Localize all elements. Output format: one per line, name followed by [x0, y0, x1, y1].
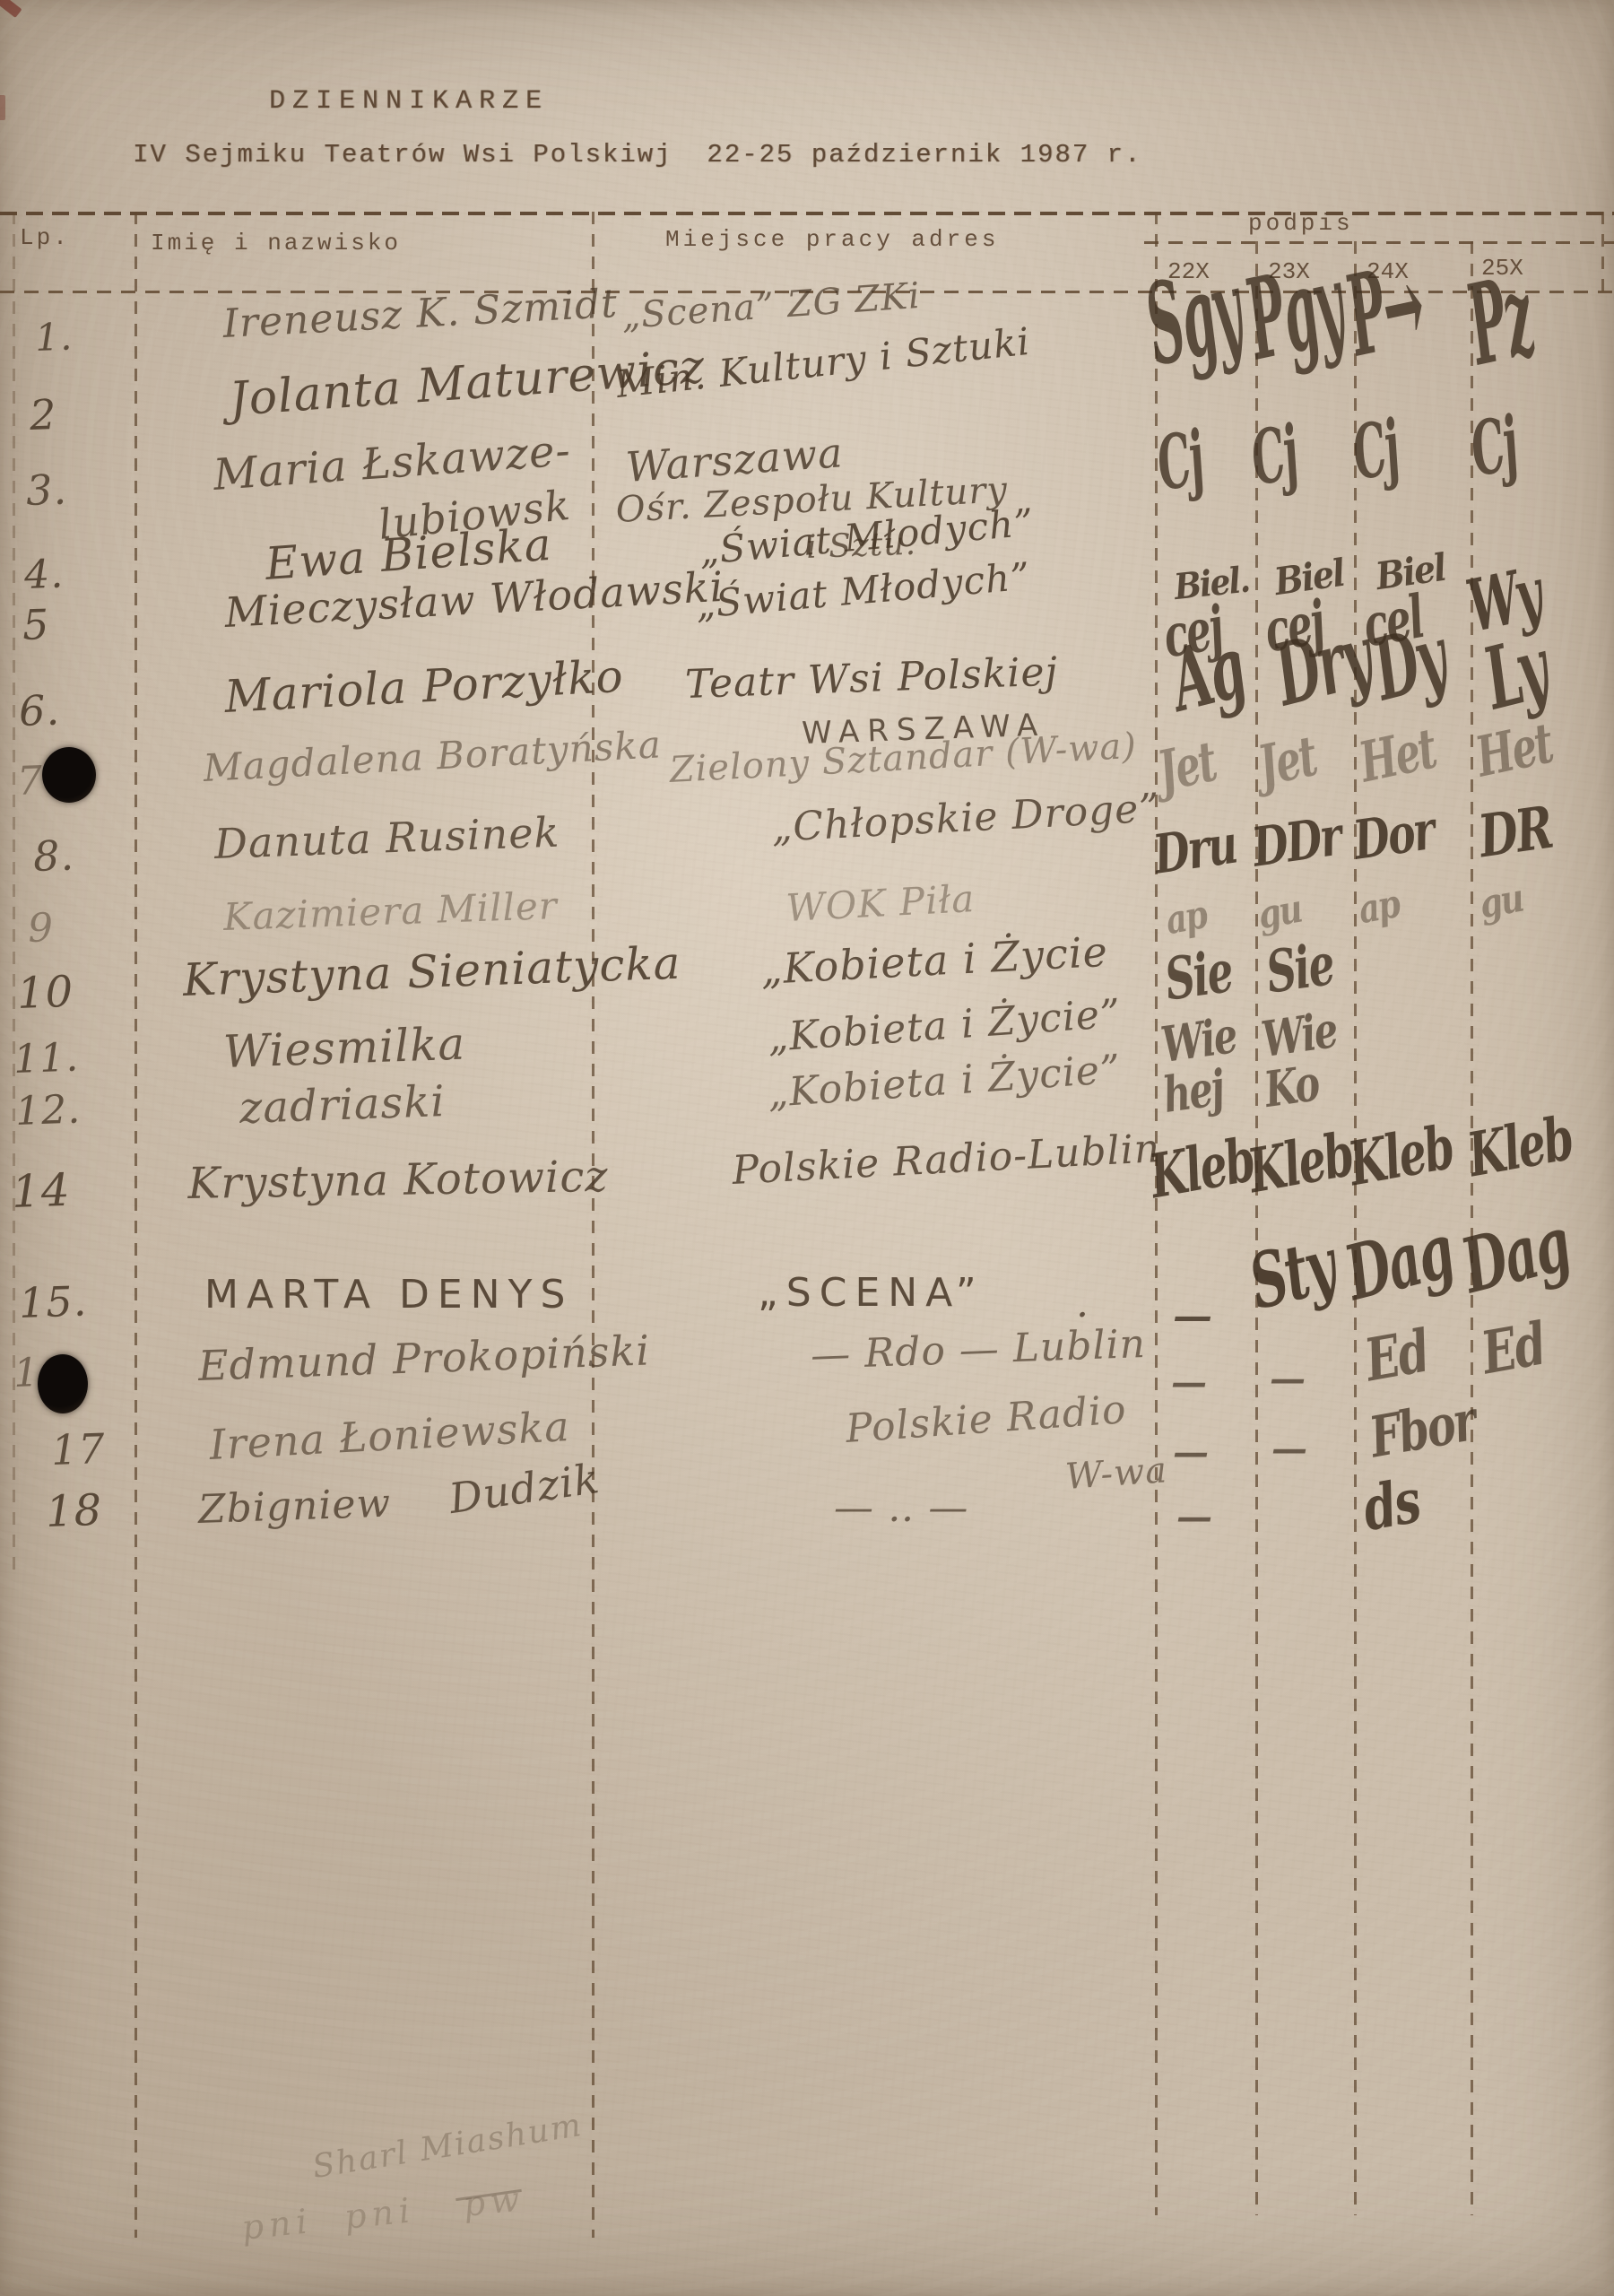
- row-signature: Het: [1354, 717, 1441, 796]
- row-signature: gu: [1254, 886, 1304, 938]
- row-lp-number: 7: [16, 758, 44, 804]
- row-workplace: „SCENA”: [758, 1270, 985, 1316]
- row-workplace: „Scena” ZG ZKi: [620, 275, 922, 337]
- row-signature: ap: [1162, 892, 1210, 944]
- row-lp-number: 15.: [18, 1276, 88, 1327]
- row-name: Zbigniew: [197, 1481, 392, 1533]
- row-name: MARTA DENYS: [204, 1272, 573, 1318]
- row-signature: —: [1173, 1293, 1210, 1339]
- row-signature: Jet: [1253, 725, 1322, 799]
- work-sign-rule: [1155, 212, 1158, 2215]
- row-name: Wiesmilka: [222, 1018, 466, 1078]
- row-signature: gu: [1476, 875, 1525, 927]
- row-workplace: — Rdo — Lublin: [810, 1321, 1147, 1378]
- row-workplace: W-wa: [1064, 1449, 1169, 1498]
- row-name: zadriaski: [239, 1076, 446, 1134]
- row-signature: hej: [1159, 1059, 1227, 1124]
- scanned-attendance-sheet: DZIENNIKARZE IV Sejmiku Teatrów Wsi Pols…: [0, 0, 1614, 2296]
- row-lp-number: 17: [50, 1424, 106, 1474]
- row-name: Krystyna Sieniatycka: [182, 937, 681, 1006]
- row-lp-number: 3.: [25, 465, 68, 515]
- row-signature: —: [1173, 1431, 1207, 1474]
- row-signature: Ko: [1261, 1055, 1322, 1118]
- row-lp-number: 14: [11, 1164, 72, 1218]
- col-header-name: Imię i nazwisko: [151, 230, 401, 257]
- row-signature: Kleb: [1343, 1113, 1458, 1200]
- row-signature: ds: [1358, 1465, 1424, 1545]
- row-name: Mariola Porzyłko: [223, 650, 625, 723]
- table-top-rule: [0, 212, 1614, 215]
- row-signature: Dor: [1349, 798, 1437, 872]
- row-name: Edmund Prokopiński: [197, 1326, 651, 1390]
- col-header-podpis: podpis: [1248, 210, 1354, 237]
- row-signature: Jet: [1152, 730, 1221, 804]
- name-work-rule: [592, 212, 594, 2238]
- hole-punch: [38, 1354, 88, 1413]
- row-signature: Het: [1471, 712, 1558, 790]
- row-signature: —: [1271, 1428, 1306, 1470]
- row-signature: Cj: [1150, 414, 1209, 508]
- table-right-rule: [1601, 212, 1604, 294]
- row-signature: Kleb: [1243, 1120, 1358, 1207]
- row-signature: Ag: [1161, 617, 1254, 732]
- row-name: Dudzik: [446, 1454, 603, 1523]
- row-lp-number: 2: [29, 390, 57, 439]
- row-signature: Sgy: [1134, 243, 1252, 391]
- row-workplace: Polskie Radio: [844, 1387, 1128, 1452]
- row-signature: DDr: [1248, 804, 1344, 879]
- row-lp-number: 8.: [32, 831, 75, 881]
- row-workplace: „Kobieta i Życie: [759, 927, 1109, 994]
- pencil-note: Sharl Miashum: [310, 2107, 586, 2186]
- row-signature: Pgy: [1235, 237, 1353, 386]
- row-lp-number: 5: [22, 600, 50, 649]
- row-workplace: .: [1076, 1281, 1089, 1326]
- lp-name-rule: [134, 212, 137, 2238]
- row-signature: Ed: [1360, 1316, 1433, 1395]
- row-lp-number: 9: [27, 905, 55, 952]
- row-lp-number: 6.: [18, 685, 61, 735]
- row-lp-number: 12.: [14, 1086, 82, 1135]
- row-signature: Fbor: [1365, 1388, 1479, 1471]
- row-signature: —: [1270, 1358, 1304, 1400]
- row-signature: Dru: [1150, 813, 1239, 886]
- row-signature: —: [1176, 1496, 1210, 1538]
- row-workplace: — ‥ —: [834, 1485, 968, 1531]
- row-signature: Sie: [1160, 937, 1236, 1013]
- row-signature: —: [1171, 1361, 1205, 1404]
- row-workplace: Polskie Radio-Lublin: [731, 1126, 1161, 1194]
- edge-speck: [0, 95, 5, 120]
- row-name: Kazimiera Miller: [222, 883, 558, 939]
- row-lp-number: 10: [16, 967, 74, 1019]
- col-header-lp: Lp.: [20, 224, 70, 251]
- col-header-work: Miejsce pracy adres: [665, 226, 999, 253]
- row-workplace: „Chłopskie Droge”: [770, 785, 1161, 851]
- page-title: DZIENNIKARZE: [269, 86, 549, 117]
- row-signature: Kleb: [1144, 1126, 1259, 1213]
- row-lp-number: 11.: [13, 1034, 80, 1083]
- page-subtitle: IV Sejmiku Teatrów Wsi Polskiwj 22-25 pa…: [133, 140, 1141, 170]
- row-name: Krystyna Kotowicz: [187, 1152, 609, 1209]
- row-signature: Cj: [1245, 409, 1303, 502]
- row-signature: Kleb: [1462, 1104, 1577, 1191]
- row-workplace: WOK Piła: [785, 876, 976, 930]
- corner-speck: [0, 0, 22, 18]
- row-signature: Ed: [1477, 1309, 1549, 1387]
- row-signature: Sie: [1262, 930, 1337, 1006]
- pencil-note: pni pni pw: [239, 2179, 526, 2248]
- row-signature: Pz: [1456, 249, 1542, 391]
- row-name: Danuta Rusinek: [213, 808, 560, 868]
- row-signature: DR: [1474, 793, 1556, 871]
- row-signature: ap: [1355, 882, 1402, 933]
- row-workplace: Teatr Wsi Polskiej: [684, 649, 1059, 708]
- hole-punch: [42, 747, 96, 803]
- row-lp-number: 1.: [34, 315, 74, 360]
- day1-day2-rule: [1255, 241, 1258, 2215]
- row-lp-number: 4.: [23, 551, 65, 598]
- row-lp-number: 18: [45, 1485, 103, 1537]
- row-name: Irena Łoniewska: [208, 1402, 571, 1469]
